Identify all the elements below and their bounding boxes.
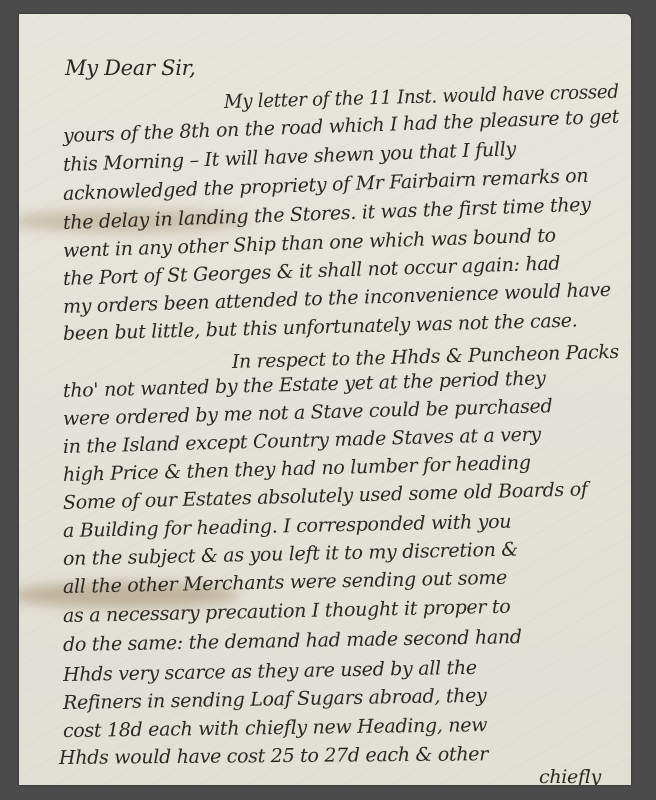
letter-line: Hhds very scarce as they are used by all… [63, 657, 477, 686]
letter-line: yours of the 8th on the road which I had… [63, 106, 620, 147]
letter-line: Hhds would have cost 25 to 27d each & ot… [59, 743, 488, 769]
catchword: chiefly [539, 766, 601, 785]
letter-body: My Dear Sir, My letter of the 11 Inst. w… [19, 14, 631, 785]
letter-line: do the same: the demand had made second … [63, 626, 522, 656]
letter-line: all the other Merchants were sending out… [63, 567, 507, 598]
letter-line: as a necessary precaution I thought it p… [63, 596, 511, 627]
letter-line: cost 18d each with chiefly new Heading, … [63, 714, 487, 742]
letter-line: Refiners in sending Loaf Sugars abroad, … [63, 685, 487, 714]
letter-line: on the subject & as you left it to my di… [63, 538, 518, 570]
letter-line: a Building for heading. I corresponded w… [63, 511, 512, 542]
salutation: My Dear Sir, [65, 56, 195, 80]
letter-line: In respect to the Hhds & Puncheon Packs [232, 341, 619, 373]
letter-page: My Dear Sir, My letter of the 11 Inst. w… [19, 14, 631, 785]
